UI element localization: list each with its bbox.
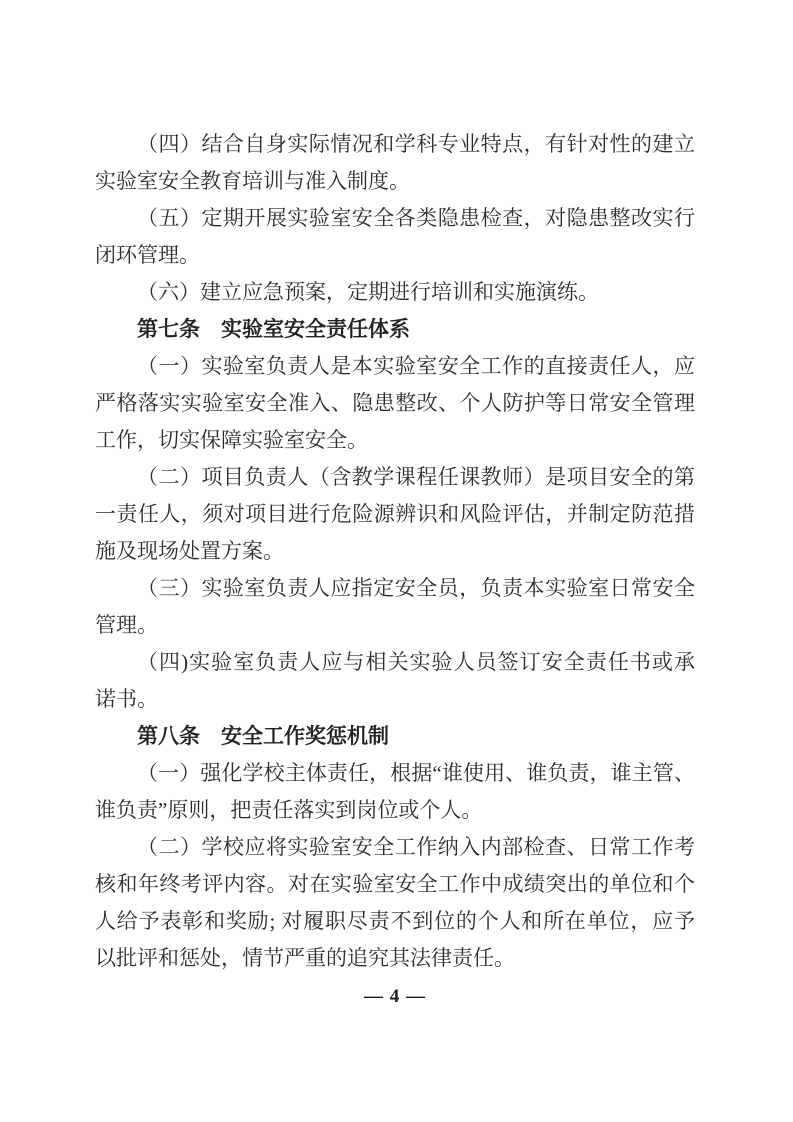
article-heading: 第七条 实验室安全责任体系	[95, 311, 695, 348]
document-body: （四）结合自身实际情况和学科专业特点，有针对性的建立 实验室安全教育培训与准入制…	[95, 126, 695, 977]
text-line: （一）强化学校主体责任，根据“谁使用、谁负责，谁主管、	[95, 755, 695, 792]
article-heading: 第八条 安全工作奖惩机制	[95, 718, 695, 755]
text-line: 谁负责”原则，把责任落实到岗位或个人。	[95, 792, 695, 829]
text-line: （二）项目负责人（含教学课程任课教师）是项目安全的第	[95, 459, 695, 496]
text-line: 施及现场处置方案。	[95, 533, 695, 570]
text-line: 严格落实实验室安全准入、隐患整改、个人防护等日常安全管理	[95, 385, 695, 422]
text-line: 管理。	[95, 607, 695, 644]
text-line: （一）实验室负责人是本实验室安全工作的直接责任人，应	[95, 348, 695, 385]
text-line: 实验室安全教育培训与准入制度。	[95, 163, 695, 200]
text-line: （二）学校应将实验室安全工作纳入内部检查、日常工作考	[95, 829, 695, 866]
text-line: 闭环管理。	[95, 237, 695, 274]
text-line: （六）建立应急预案，定期进行培训和实施演练。	[95, 274, 695, 311]
document-page: （四）结合自身实际情况和学科专业特点，有针对性的建立 实验室安全教育培训与准入制…	[0, 0, 793, 1122]
text-line: 人给予表彰和奖励; 对履职尽责不到位的个人和所在单位，应予	[95, 903, 695, 940]
text-line: （四)实验室负责人应与相关实验人员签订安全责任书或承	[95, 644, 695, 681]
text-line: 以批评和惩处，情节严重的追究其法律责任。	[95, 940, 695, 977]
text-line: 核和年终考评内容。对在实验室安全工作中成绩突出的单位和个	[95, 866, 695, 903]
page-number: — 4 —	[95, 986, 695, 1008]
text-line: （五）定期开展实验室安全各类隐患检查，对隐患整改实行	[95, 200, 695, 237]
text-line: 诺书。	[95, 681, 695, 718]
text-line: （三）实验室负责人应指定安全员，负责本实验室日常安全	[95, 570, 695, 607]
text-line: 一责任人，须对项目进行危险源辨识和风险评估，并制定防范措	[95, 496, 695, 533]
text-line: 工作，切实保障实验室安全。	[95, 422, 695, 459]
text-line: （四）结合自身实际情况和学科专业特点，有针对性的建立	[95, 126, 695, 163]
